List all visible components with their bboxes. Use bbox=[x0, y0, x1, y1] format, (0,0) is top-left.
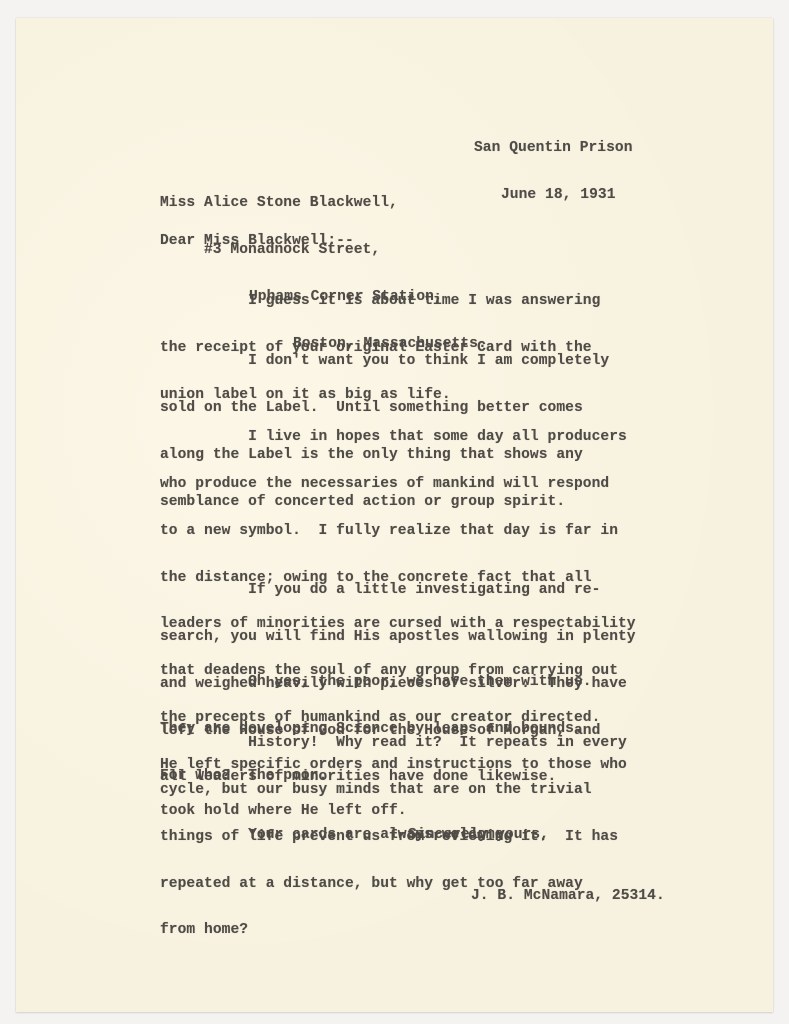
paragraph-line: I don't want you to think I am completel… bbox=[160, 354, 609, 370]
paragraph-line: who produce the necessaries of mankind w… bbox=[160, 477, 636, 493]
paragraph-line: I guess it is about time I was answering bbox=[160, 294, 600, 310]
paragraph-line: History! Why read it? It repeats in ever… bbox=[160, 736, 627, 752]
signature: J. B. McNamara, 25314. bbox=[471, 889, 665, 905]
paragraph-line: to a new symbol. I fully realize that da… bbox=[160, 524, 636, 540]
paragraph-line: Oh yes, the poor, we have them with us. bbox=[160, 675, 592, 691]
paragraph-line: I live in hopes that some day all produc… bbox=[160, 430, 636, 446]
heading-place: San Quentin Prison bbox=[474, 141, 633, 157]
letter-heading: San Quentin Prison June 18, 1931 bbox=[474, 110, 633, 219]
paragraph-line: If you do a little investigating and re- bbox=[160, 583, 636, 599]
heading-date: June 18, 1931 bbox=[474, 188, 633, 204]
salutation: Dear Miss Blackwell:-- bbox=[160, 234, 354, 250]
closing: Sincerely yours, bbox=[408, 828, 549, 844]
recipient-name: Miss Alice Stone Blackwell, bbox=[160, 196, 487, 212]
paragraph-line: from home? bbox=[160, 923, 627, 939]
